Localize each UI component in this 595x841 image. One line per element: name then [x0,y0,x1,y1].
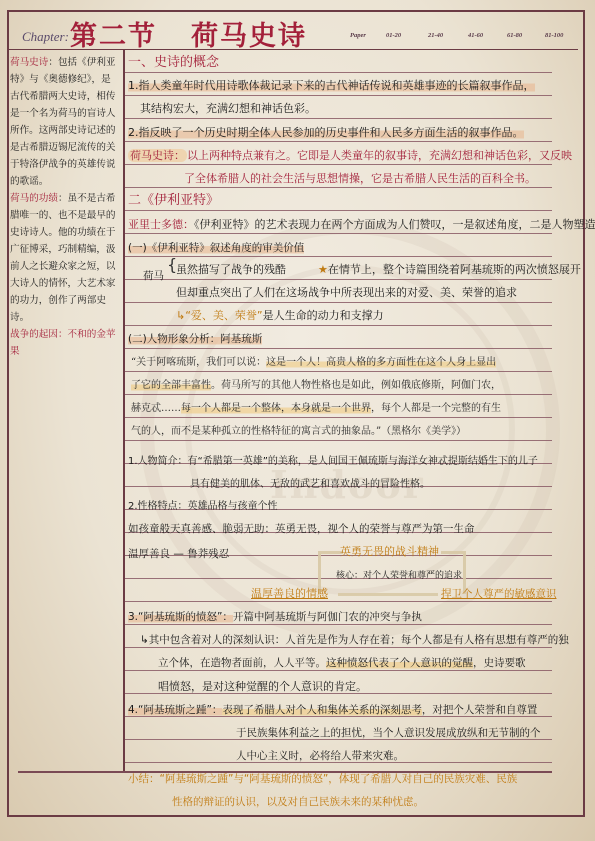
wrath-line-2: 立个体，在造物者面前，人人平等。这种愤怒代表了个人意识的觉醒，史诗要歌 [158,655,526,671]
achilles-profile-line-2: 具有健美的肌体、无敌的武艺和喜欢战斗的冒险性格。 [190,477,430,493]
rule-line [125,233,552,234]
chapter-label: Chapter: [22,29,69,45]
rule-line [125,348,552,349]
sidebar-notes: 荷马史诗：包括《伊利亚特》与《奥德修纪》，是古代希腊两大史诗，相传是一个名为荷马… [10,54,120,360]
rule-line [125,210,552,211]
arrow-return-icon: ↳ [176,309,185,322]
traits-line-1: 如孩童般天真善感、脆弱无助：英勇无畏，视个人的荣誉与尊严为第一生命 [128,521,475,537]
traits-title: 2.性格特点：英雄品格与孩童个性 [128,499,278,515]
aristotle-tag: 亚里士多德： [128,218,194,231]
wrath-line-3: 唱愤怒，是对这种觉醒的个人意识的肯定。 [158,679,367,695]
chapter-title: 荷马史诗 [191,21,307,52]
hegel-quote-line-4: 气的人，而不是某种孤立的性格特征的寓言式的抽象品。”（黑格尔《美学》） [131,424,466,440]
summary-line-2: 性格的辩证的认识，以及对自己民族未来的某种忧虑。 [172,794,424,810]
score-range-4: 61-80 [507,32,522,39]
rule-line [125,371,552,372]
traits-line-2: 温厚善良 — 鲁莽残忍 [128,546,229,562]
plot-note: ★在情节上，整个诗篇围绕着阿基琉斯的两次愤怒展开 [318,262,581,278]
rule-line [125,279,552,280]
homer-epic-tag: 荷马史诗： [128,149,187,162]
sidebar-note-war-cause: 战争的起因：不和的金苹果 [10,326,120,360]
rule-line [125,302,552,303]
diagram-left-node: 温厚善良的情感 [251,586,328,602]
diagram-arrow-bottom [338,593,438,596]
heel-line-3: 人中心主义时，必将给人带来灾难。 [236,748,404,764]
rule-line [125,417,552,418]
sidebar-note-homer-contribution: 荷马的功绩：虽不是古希腊唯一的、也不是最早的史诗诗人。他的功绩在于广征博采，巧制… [10,190,120,326]
score-range-1: 01-20 [386,32,401,39]
rule-line [125,440,552,441]
summary-line-1: 小结：“阿基琉斯之踵”与“阿基琉斯的愤怒”，体现了希腊人对自己的民族灾难、民族 [128,771,517,787]
brace-label-homer: 荷马 [143,268,164,284]
hegel-quote-line-3: 赫克忒……每一个人都是一个整体，本身就是一个世界，每个人都是一个完整的有生 [131,401,501,417]
subsection-1-title: (一)《伊利亚特》叙述角度的审美价值 [128,240,304,256]
rule-line [125,164,552,165]
subsection-2-title: (二)人物形象分析：阿基琉斯 [128,331,262,347]
concept-item-2: 2.指反映了一个历史时期全体人民参加的历史事件和人民多方面生活的叙事作品。 [128,125,524,141]
score-range-2: 21-40 [428,32,443,39]
hegel-quote-line-1: “关于阿喀琉斯，我们可以说：这是一个人！高贵人格的多方面性在这个人身上显出 [131,355,496,371]
page-title: 第二节荷马史诗 [70,14,307,53]
score-range-5: 81-100 [545,32,563,39]
rule-line [125,95,552,96]
sidebar-note-homeric-epics: 荷马史诗：包括《伊利亚特》与《奥德修纪》，是古代希腊两大史诗，相传是一个名为荷马… [10,54,120,190]
diagram-right-node: 捍卫个人尊严的敏感意识 [441,586,557,602]
paper-label: Paper [350,32,366,39]
section-2-title: 二《伊利亚特》 [128,193,219,209]
section-1-title: 一、史诗的概念 [128,55,219,71]
concept-item-1-line-1: 1.指人类童年时代用诗歌体裁记录下来的古代神话传说和英雄事迹的长篇叙事作品， [128,78,535,94]
love-beauty-honor-conclusion: ↳“爱、美、荣誉”是人生命的动力和支撑力 [176,308,384,324]
rule-line [125,394,552,395]
margin-divider [123,50,125,772]
star-icon: ★ [318,263,328,276]
score-range-3: 41-60 [468,32,483,39]
rule-line [125,118,552,119]
diagram-top-node: 英勇无畏的战斗精神 [340,544,439,560]
diagram-center-node: 核心：对个人荣誉和尊严的追求 [336,568,462,584]
header-divider [7,49,578,50]
rule-line [125,256,552,257]
wrath-line-1: ↳其中包含着对人的深刻认识：人首先是作为人存在着；每个人都是有人格有思想有尊严的… [140,632,569,648]
rule-line [125,325,552,326]
homer-epic-definition-line-2: 了全体希腊人的社会生活与思想情操，它是古希腊人民生活的百科全书。 [184,171,536,187]
rule-line [125,72,552,73]
brace-line-1: 虽然描写了战争的残酷 [176,262,286,278]
wrath-title: 3.“阿基琉斯的愤怒”：开篇中阿基琉斯与阿伽门农的冲突与争执 [128,609,422,625]
rule-line [125,141,552,142]
concept-item-1-line-2: 其结构宏大，充满幻想和神话色彩。 [140,101,316,117]
notebook-page: Indoor Chapter: 第二节荷马史诗 Paper 01-20 21-4… [0,0,595,841]
homer-epic-definition-line-1: 荷马史诗：以上两种特点兼有之。它即是人类童年的叙事诗，充满幻想和神话色彩，又反映 [128,148,572,164]
brace-line-2: 但却重点突出了人们在这场战争中所表现出来的对爱、美、荣誉的追求 [176,285,517,301]
rule-line [125,187,552,188]
achilles-profile-line-1: 1.人物简介：有“希腊第一英雄”的美称，是人间国王佩琉斯与海洋女神忒提斯结婚生下… [128,454,538,470]
aristotle-note: 亚里士多德：《伊利亚特》的艺术表现力在两个方面成为人们赞叹，一是叙述角度，二是人… [128,217,595,233]
heel-line-2: 于民族集体利益之上的担忧，当个人意识发展成放纵和无节制的个 [236,725,541,741]
heel-title: 4.“阿基琉斯之踵”：表现了希腊人对个人和集体关系的深刻思考，对把个人荣誉和自尊… [128,702,537,718]
hegel-quote-line-2: 了它的全部丰富性。荷马所写的其他人物性格也是如此，例如俄底修斯，阿伽门农， [131,378,501,394]
chapter-number: 第二节 [70,21,157,52]
